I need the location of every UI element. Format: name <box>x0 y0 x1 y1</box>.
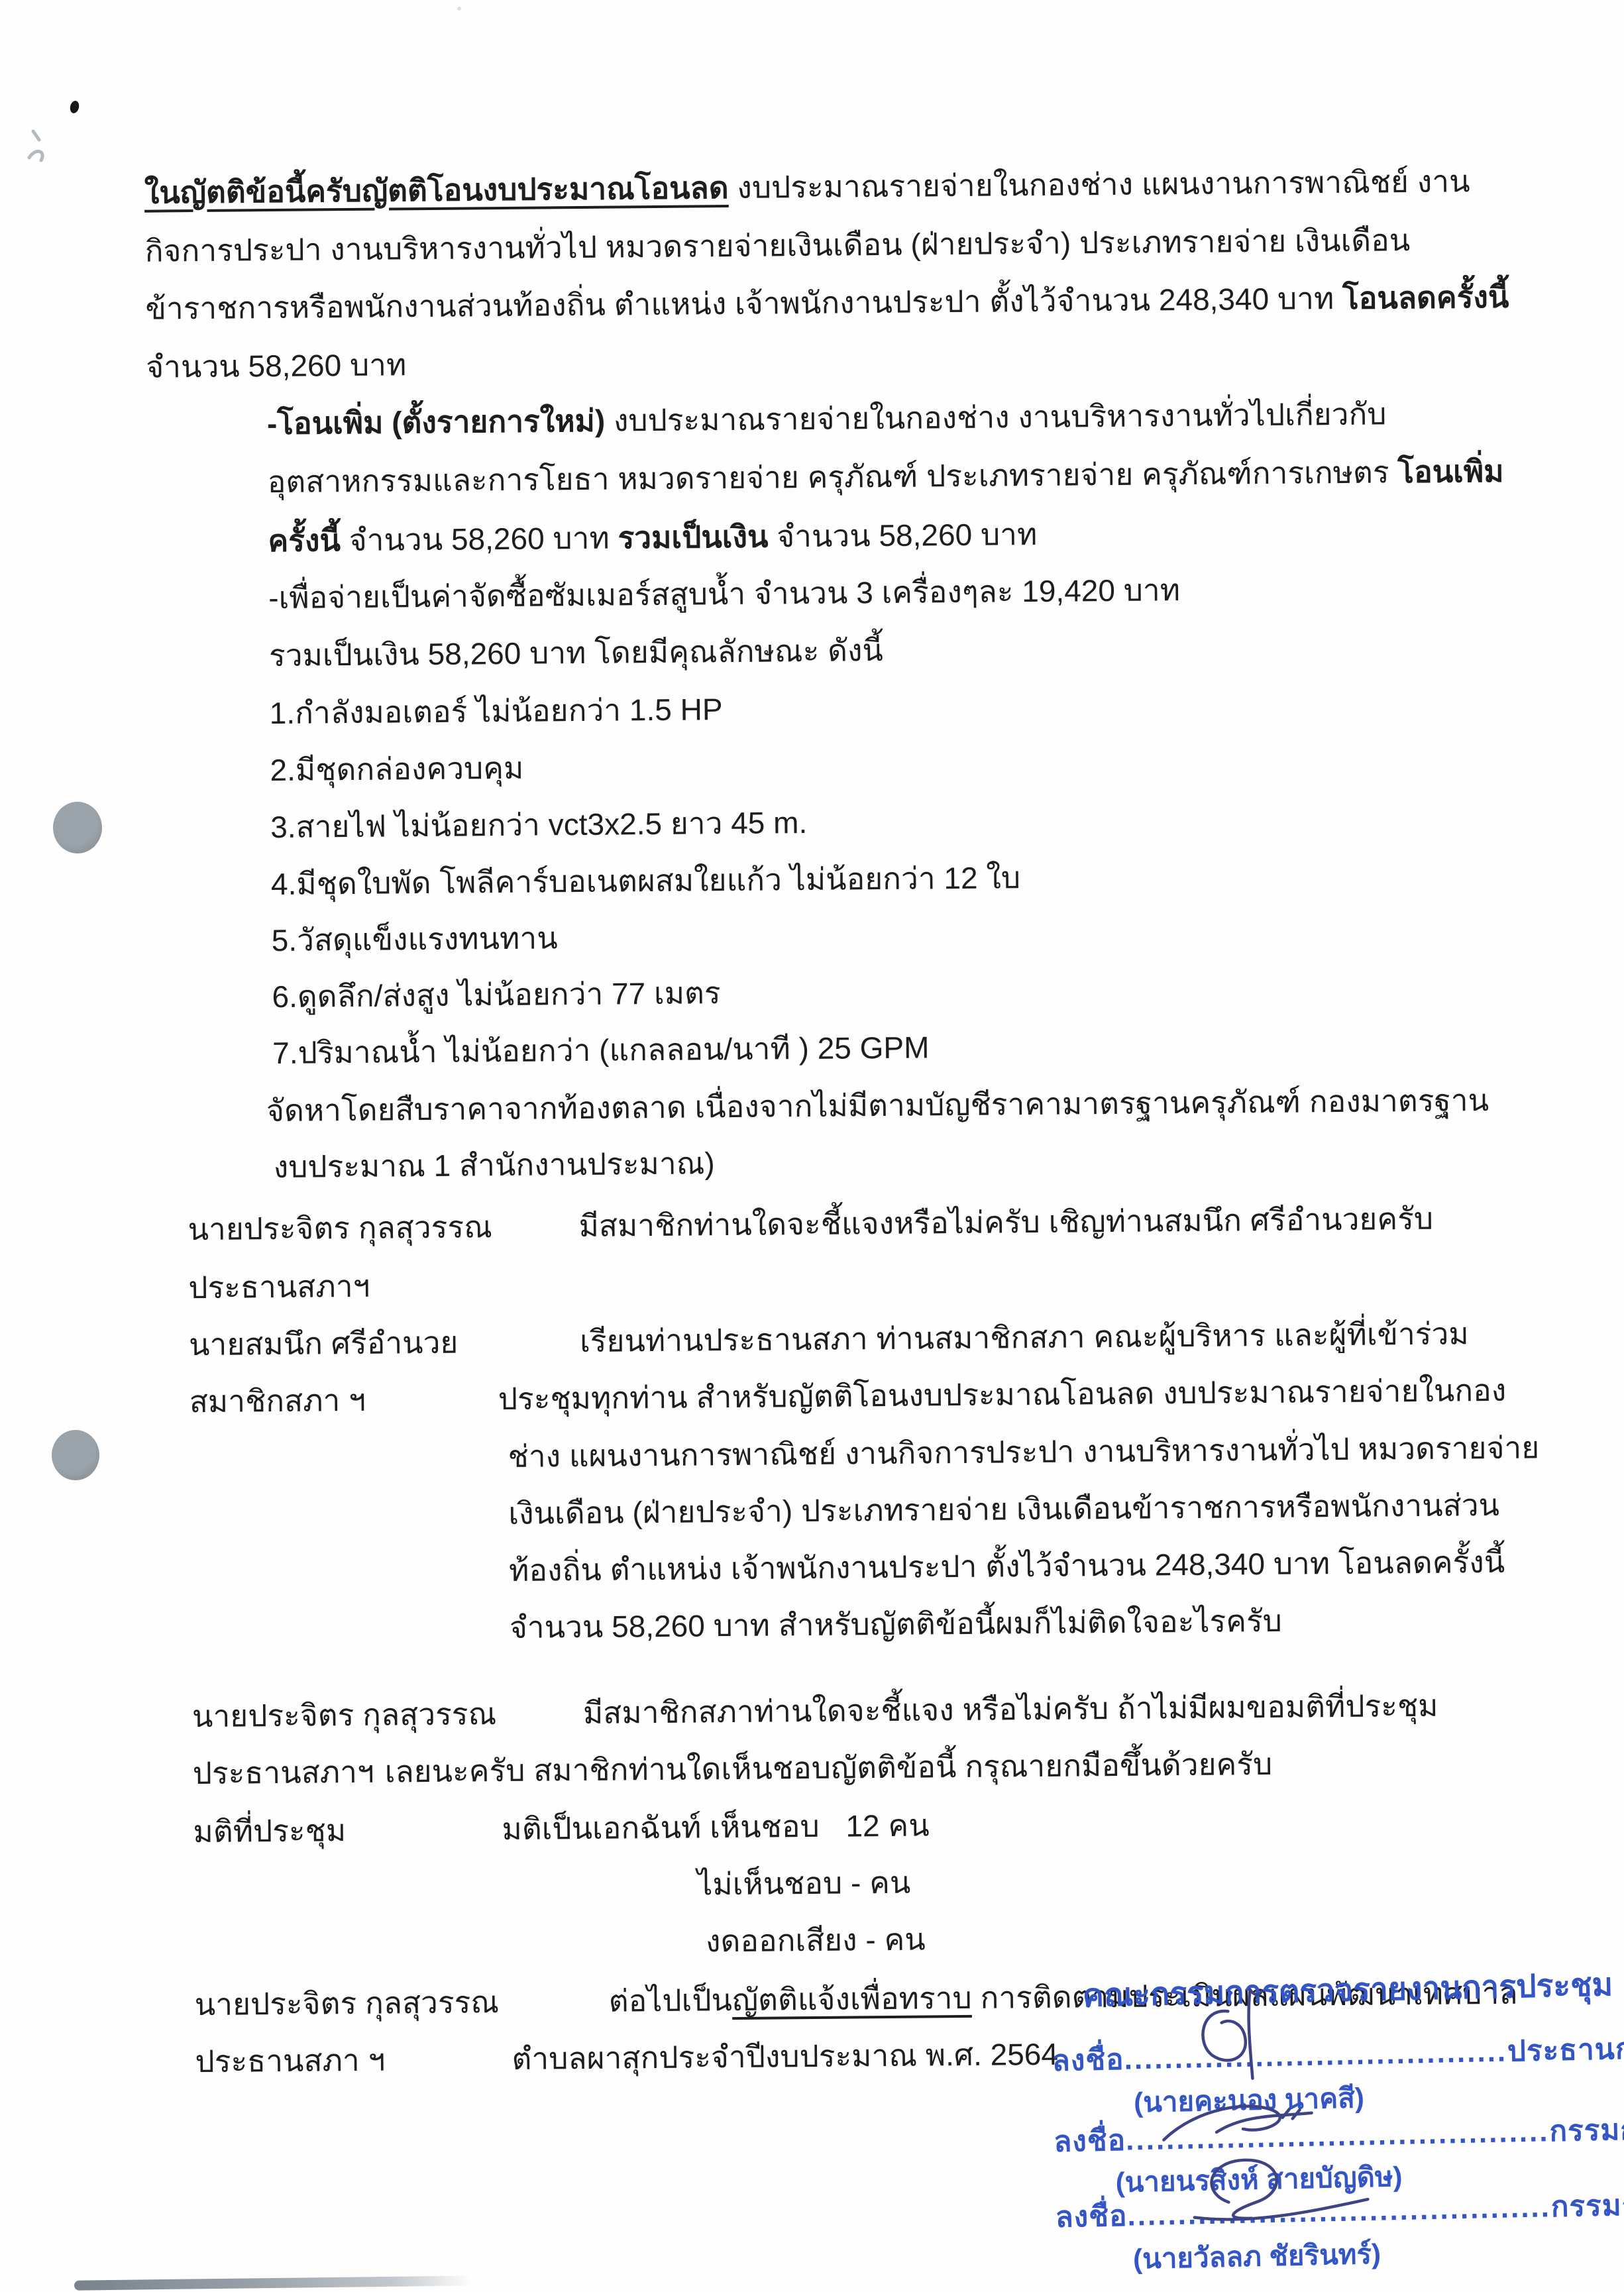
text-run: 1.กำลังมอเตอร์ ไม่น้อยกว่า 1.5 HP <box>269 686 722 736</box>
text-run: 5.วัสดุแข็งแรงทนทาน <box>271 914 557 963</box>
stamp-role-label: กรรมการ <box>1549 2112 1624 2148</box>
text-run: มีสมาชิกท่านใดจะชี้แจงหรือไม่ครับ เชิญท่… <box>578 1195 1433 1249</box>
text-segment: นายสมนึก ศรีอำนวย <box>189 1325 459 1362</box>
text-segment: เงินเดือน (ฝ่ายประจำ) ประเภทรายจ่าย เงิน… <box>508 1488 1499 1531</box>
stamp-signer-name: (นายวัลลภ ชัยรินทร์) <box>1132 2232 1381 2281</box>
text-segment: ตำบลผาสุกประจำปีงบประมาณ พ.ศ. 2564 <box>512 2037 1058 2076</box>
text-run: 12 คน <box>845 1802 930 1849</box>
text-segment: งดออกเสียง - คน <box>706 1922 926 1959</box>
text-run: งดออกเสียง - คน <box>706 1916 926 1965</box>
text-run: เรียนท่านประธานสภา ท่านสมาชิกสภา คณะผู้บ… <box>580 1310 1469 1364</box>
text-segment: 2.มีชุดกล่องควบคุม <box>270 751 523 787</box>
text-run: ไม่เห็นชอบ - คน <box>697 1859 911 1908</box>
text-run: มีสมาชิกสภาท่านใดจะชี้แจง หรือไม่ครับ ถ้… <box>583 1682 1438 1736</box>
text-run: จำนวน 58,260 บาท <box>146 341 407 390</box>
text-segment: เรียนท่านประธานสภา ท่านสมาชิกสภา คณะผู้บ… <box>580 1316 1469 1358</box>
text-segment: งบประมาณรายจ่ายในกองช่าง แผนงานการพาณิชย… <box>728 164 1470 205</box>
text-segment: 7.ปริมาณน้ำ ไม่น้อยกว่า (แกลลอน/นาที ) 2… <box>272 1030 930 1070</box>
text-run: จำนวน 58,260 บาท สำหรับญัตติข้อนี้ผมก็ไม… <box>510 1598 1283 1651</box>
text-segment: 6.ดูดลึก/ส่งสูง ไม่น้อยกว่า 77 เมตร <box>272 975 721 1014</box>
stamp-sign-label: ลงชื่อ <box>1052 2044 1124 2077</box>
text-segment: สมาชิกสภา ฯ <box>189 1383 366 1419</box>
text-run: อุตสาหกรรมและการโยธา หมวดรายจ่าย ครุภัณฑ… <box>267 448 1503 505</box>
text-run: 4.มีชุดใบพัด โพลีคาร์บอเนตผสมใยแก้ว ไม่น… <box>271 854 1021 907</box>
text-segment: จำนวน 58,260 บาท สำหรับญัตติข้อนี้ผมก็ไม… <box>510 1604 1283 1645</box>
committee-signature-3 <box>1187 2152 1383 2228</box>
text-run: ประธานสภาฯ <box>188 1263 370 1311</box>
text-line-9: รวมเป็นเงิน 58,260 บาท โดยมีคุณลักษณะ ดั… <box>4 620 1624 681</box>
text-segment: มีสมาชิกสภาท่านใดจะชี้แจง หรือไม่ครับ ถ้… <box>583 1688 1438 1730</box>
text-segment: รวมเป็นเงิน <box>618 519 768 555</box>
text-run: เงินเดือน (ฝ่ายประจำ) ประเภทรายจ่าย เงิน… <box>508 1482 1499 1537</box>
stamp-sign-row-1: ลงชื่อ..................................… <box>1052 2023 1624 2084</box>
text-segment: 3.สายไฟ ไม่น้อยกว่า vct3x2.5 ยาว 45 m. <box>270 805 807 844</box>
text-segment: โอนลดครั้งนี้ <box>1342 280 1509 315</box>
text-run: ประธานสภาฯ <box>192 1749 374 1796</box>
text-segment: รวมเป็นเงิน 58,260 บาท โดยมีคุณลักษณะ ดั… <box>269 633 883 673</box>
text-segment: ในญัตติข้อนี้ครับญัตติโอนงบประมาณโอนลด <box>144 170 729 210</box>
text-segment: กิจการประปา งานบริหารงานทั่วไป หมวดรายจ่… <box>144 223 1410 268</box>
text-line-29: มติที่ประชุมมติเป็นเอกฉันท์ เห็นชอบ12 คน <box>14 1796 1624 1856</box>
text-line-24: เงินเดือน (ฝ่ายประจำ) ประเภทรายจ่าย เงิน… <box>11 1480 1624 1541</box>
text-segment: -เพื่อจ่ายเป็นค่าจัดซื้อซัมเมอร์สสูบน้ำ … <box>268 573 1180 615</box>
text-line-8: -เพื่อจ่ายเป็นค่าจัดซื้อซัมเมอร์สสูบน้ำ … <box>3 563 1624 623</box>
text-run: ครั้งนี้ จำนวน 58,260 บาท รวมเป็นเงิน จำ… <box>268 511 1037 564</box>
text-run: ในญัตติข้อนี้ครับญัตติโอนงบประมาณโอนลด ง… <box>144 158 1470 215</box>
typed-text-layer: ในญัตติข้อนี้ครับญัตติโอนงบประมาณโอนลด ง… <box>0 0 1624 2292</box>
text-segment: ท้องถิ่น ตำแหน่ง เจ้าพนักงานประปา ตั้งไว… <box>509 1545 1505 1588</box>
text-run: 2.มีชุดกล่องควบคุม <box>270 745 523 793</box>
text-segment: จำนวน 58,260 บาท <box>768 517 1037 554</box>
text-line-20: ประธานสภาฯ <box>9 1252 1624 1312</box>
text-segment: โอนเพิ่ม <box>1397 454 1504 489</box>
text-segment: นายประจิตร กุลสุวรรณ <box>188 1209 492 1246</box>
text-run: จัดหาโดยสืบราคาจากท้องตลาด เนื่องจากไม่ม… <box>266 1077 1489 1134</box>
text-run: ประธานสภา ฯ <box>195 2037 385 2085</box>
text-segment: ข้าราชการหรือพนักงานส่วนท้องถิ่น ตำแหน่ง… <box>145 281 1342 326</box>
text-line-5: -โอนเพิ่ม (ตั้งรายการใหม่) งบประมาณรายจ่… <box>2 388 1624 449</box>
signature-dotted-line: ...................................... <box>1124 2036 1507 2076</box>
text-run: รวมเป็นเงิน 58,260 บาท โดยมีคุณลักษณะ ดั… <box>269 627 883 679</box>
text-line-4: จำนวน 58,260 บาท <box>1 331 1624 391</box>
stamp-role-label: ประธานกรรมการ <box>1507 2030 1624 2067</box>
text-line-7: ครั้งนี้ จำนวน 58,260 บาท รวมเป็นเงิน จำ… <box>3 506 1624 566</box>
text-segment: ช่าง แผนงานการพาณิชย์ งานกิจการประปา งาน… <box>508 1430 1539 1474</box>
text-run: ช่าง แผนงานการพาณิชย์ งานกิจการประปา งาน… <box>508 1424 1539 1480</box>
text-segment: มีสมาชิกท่านใดจะชี้แจงหรือไม่ครับ เชิญท่… <box>578 1201 1433 1243</box>
text-run: -โอนเพิ่ม (ตั้งรายการใหม่) งบประมาณรายจ่… <box>267 390 1387 447</box>
committee-signature-1 <box>1187 1985 1278 2083</box>
text-run: มติที่ประชุม <box>193 1807 346 1855</box>
text-segment: -โอนเพิ่ม (ตั้งรายการใหม่) <box>267 404 606 441</box>
text-run: -เพื่อจ่ายเป็นค่าจัดซื้อซัมเมอร์สสูบน้ำ … <box>268 567 1180 621</box>
text-run: ประชุมทุกท่าน สำหรับญัตติโอนงบประมาณโอนล… <box>498 1367 1507 1422</box>
text-line-23: ช่าง แผนงานการพาณิชย์ งานกิจการประปา งาน… <box>11 1423 1624 1484</box>
text-segment: ต่อไปเป็น <box>609 1983 733 2018</box>
stamp-title: คณะกรรมการตรวจรายงานการประชุม <box>1082 1959 1613 2021</box>
text-segment: เลยนะครับ สมาชิกท่านใดเห็นชอบญัตติข้อนี้… <box>384 1747 1272 1789</box>
text-segment: งบประมาณรายจ่ายในกองช่าง งานบริหารงานทั่… <box>605 396 1387 437</box>
text-line-6: อุตสาหกรรมและการโยธา หมวดรายจ่าย ครุภัณฑ… <box>2 447 1624 507</box>
text-segment: 12 คน <box>845 1808 930 1843</box>
text-line-1: ในญัตติข้อนี้ครับญัตติโอนงบประมาณโอนลด ง… <box>0 156 1624 217</box>
text-segment: จำนวน 58,260 บาท <box>341 521 618 558</box>
text-line-14: 5.วัสดุแข็งแรงทนทาน <box>6 905 1624 965</box>
text-line-31: งดออกเสียง - คน <box>15 1910 1624 1970</box>
text-segment: นายประจิตร กุลสุวรรณ <box>195 1985 500 2022</box>
text-run: นายสมนึก ศรีอำนวย <box>189 1319 459 1368</box>
text-segment: ประธานสภาฯ <box>188 1269 370 1305</box>
text-line-19: นายประจิตร กุลสุวรรณมีสมาชิกท่านใดจะชี้แ… <box>9 1193 1624 1254</box>
committee-stamp: คณะกรรมการตรวจรายงานการประชุม ลงชื่อ....… <box>1050 1959 1624 2289</box>
text-line-27: นายประจิตร กุลสุวรรณมีสมาชิกสภาท่านใดจะช… <box>13 1680 1624 1741</box>
text-line-3: ข้าราชการหรือพนักงานส่วนท้องถิ่น ตำแหน่ง… <box>1 272 1624 333</box>
text-segment: ครั้งนี้ <box>268 523 341 558</box>
text-run: ตำบลผาสุกประจำปีงบประมาณ พ.ศ. 2564 <box>512 2031 1058 2082</box>
text-line-16: 7.ปริมาณน้ำ ไม่น้อยกว่า (แกลลอน/นาที ) 2… <box>7 1018 1624 1078</box>
text-segment: ประชุมทุกท่าน สำหรับญัตติโอนงบประมาณโอนล… <box>498 1373 1507 1416</box>
stamp-sign-label: ลงชื่อ <box>1055 2200 1128 2234</box>
text-segment: นายประจิตร กุลสุวรรณ <box>192 1696 497 1733</box>
text-line-30: ไม่เห็นชอบ - คน <box>15 1853 1624 1913</box>
stamp-sign-label: ลงชื่อ <box>1054 2124 1126 2158</box>
text-run: 3.สายไฟ ไม่น้อยกว่า vct3x2.5 ยาว 45 m. <box>270 799 808 850</box>
stamp-role-label: กรรมการ <box>1550 2188 1624 2223</box>
text-run: สมาชิกสภา ฯ <box>189 1377 366 1425</box>
text-line-18: งบประมาณ 1 สำนักงานประมาณ) <box>8 1132 1624 1192</box>
text-line-22: สมาชิกสภา ฯประชุมทุกท่าน สำหรับญัตติโอนง… <box>11 1366 1624 1426</box>
text-run: นายประจิตร กุลสุวรรณ <box>194 1979 499 2028</box>
text-line-25: ท้องถิ่น ตำแหน่ง เจ้าพนักงานประปา ตั้งไว… <box>12 1537 1624 1598</box>
text-run: นายประจิตร กุลสุวรรณ <box>192 1690 497 1739</box>
text-run: นายประจิตร กุลสุวรรณ <box>188 1203 492 1252</box>
text-line-2: กิจการประปา งานบริหารงานทั่วไป หมวดรายจ่… <box>0 215 1624 275</box>
text-segment: ประธานสภาฯ <box>193 1755 374 1790</box>
text-segment: จำนวน 58,260 บาท <box>146 347 407 384</box>
text-run: กิจการประปา งานบริหารงานทั่วไป หมวดรายจ่… <box>144 217 1410 274</box>
document-page: ในญัตติข้อนี้ครับญัตติโอนงบประมาณโอนลด ง… <box>0 0 1624 2292</box>
text-run: 7.ปริมาณน้ำ ไม่น้อยกว่า (แกลลอน/นาที ) 2… <box>272 1024 930 1076</box>
text-segment: ประธานสภา ฯ <box>195 2043 385 2079</box>
text-line-10: 1.กำลังมอเตอร์ ไม่น้อยกว่า 1.5 HP <box>4 678 1624 738</box>
text-line-12: 3.สายไฟ ไม่น้อยกว่า vct3x2.5 ยาว 45 m. <box>5 792 1624 852</box>
text-line-11: 2.มีชุดกล่องควบคุม <box>5 735 1624 795</box>
text-run: ท้องถิ่น ตำแหน่ง เจ้าพนักงานประปา ตั้งไว… <box>509 1539 1505 1594</box>
text-run: มติเป็นเอกฉันท์ เห็นชอบ <box>502 1803 820 1852</box>
text-line-28: ประธานสภาฯเลยนะครับ สมาชิกท่านใดเห็นชอบญ… <box>13 1737 1624 1798</box>
text-segment: 1.กำลังมอเตอร์ ไม่น้อยกว่า 1.5 HP <box>270 692 723 730</box>
text-segment: 5.วัสดุแข็งแรงทนทาน <box>272 920 558 957</box>
text-segment: 4.มีชุดใบพัด โพลีคาร์บอเนตผสมใยแก้ว ไม่น… <box>271 860 1020 901</box>
text-segment: มติเป็นเอกฉันท์ เห็นชอบ <box>502 1809 820 1846</box>
text-segment: งบประมาณ 1 สำนักงานประมาณ) <box>274 1146 715 1184</box>
text-line-21: นายสมนึก ศรีอำนวยเรียนท่านประธานสภา ท่าน… <box>10 1309 1624 1369</box>
text-run: 6.ดูดลึก/ส่งสูง ไม่น้อยกว่า 77 เมตร <box>272 969 721 1020</box>
text-segment: ไม่เห็นชอบ - คน <box>697 1865 911 1902</box>
text-line-17: จัดหาโดยสืบราคาจากท้องตลาด เนื่องจากไม่ม… <box>8 1075 1624 1136</box>
text-segment: มติที่ประชุม <box>193 1813 346 1849</box>
text-line-26: จำนวน 58,260 บาท สำหรับญัตติข้อนี้ผมก็ไม… <box>13 1594 1624 1655</box>
text-run: ข้าราชการหรือพนักงานส่วนท้องถิ่น ตำแหน่ง… <box>145 274 1509 332</box>
text-run: งบประมาณ 1 สำนักงานประมาณ) <box>273 1140 715 1190</box>
text-run: เลยนะครับ สมาชิกท่านใดเห็นชอบญัตติข้อนี้… <box>384 1741 1272 1795</box>
text-segment: จัดหาโดยสืบราคาจากท้องตลาด เนื่องจากไม่ม… <box>266 1083 1489 1128</box>
text-line-15: 6.ดูดลึก/ส่งสูง ไม่น้อยกว่า 77 เมตร <box>7 961 1624 1022</box>
text-line-13: 4.มีชุดใบพัด โพลีคาร์บอเนตผสมใยแก้ว ไม่น… <box>6 849 1624 909</box>
committee-signature-2 <box>1158 2095 1328 2161</box>
text-segment: อุตสาหกรรมและการโยธา หมวดรายจ่าย ครุภัณฑ… <box>268 455 1398 499</box>
text-segment: ญัตติแจ้งเพื่อทราบ <box>732 1981 972 2017</box>
